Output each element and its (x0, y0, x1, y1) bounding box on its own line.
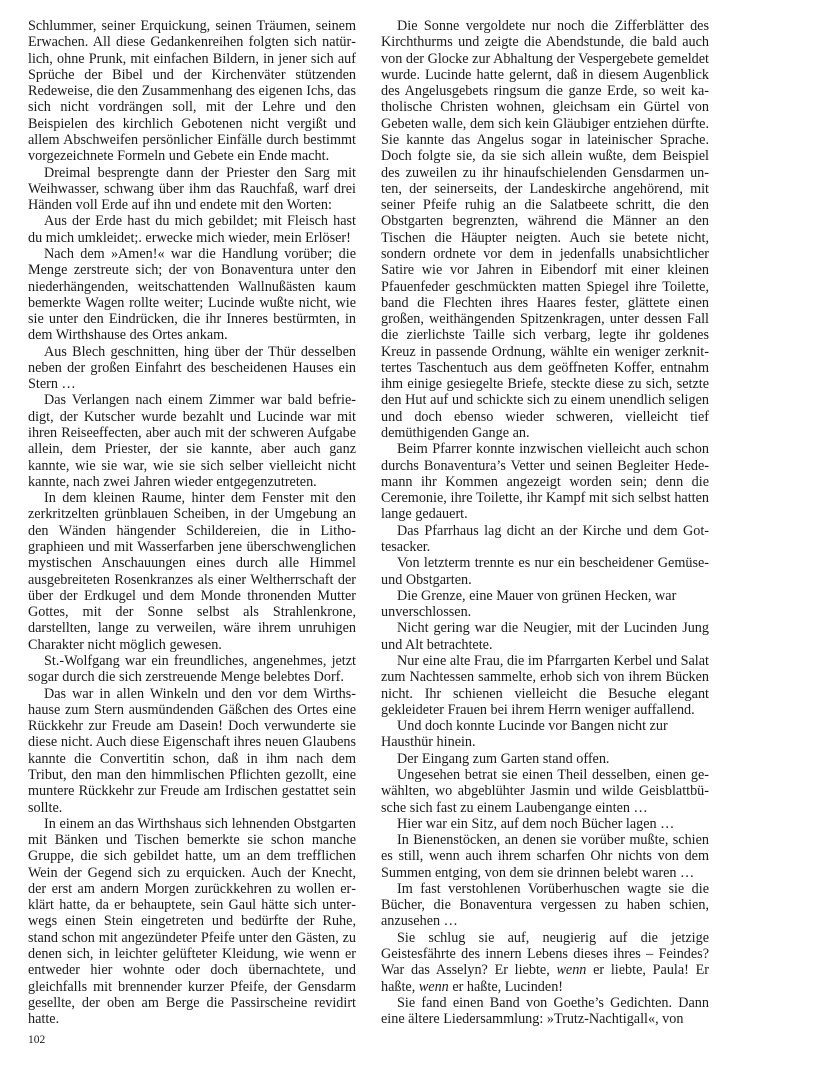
paragraph: Sie fand einen Band von Goethe’s Gedicht… (381, 995, 709, 1028)
paragraph: Das Pfarrhaus lag dicht an der Kirche un… (381, 523, 709, 556)
paragraph: Ungesehen betrat sie einen Theil desselb… (381, 767, 709, 816)
paragraph: Nicht gering war die Neugier, mit der Lu… (381, 620, 709, 653)
paragraph: Das war in allen Winkeln und den vor dem… (28, 686, 356, 816)
text-run: er haßte, Lucinden! (449, 979, 563, 995)
paragraph: Nur eine alte Frau, die im Pfarrgarten K… (381, 653, 709, 718)
paragraph: Der Eingang zum Garten stand offen. (381, 751, 709, 767)
paragraph: In Bienenstöcken, an denen sie vorüber m… (381, 832, 709, 881)
paragraph: Dreimal besprengte dann der Priester den… (28, 165, 356, 214)
paragraph-with-emphasis: Sie schlug sie auf, neugierig auf die je… (381, 930, 709, 995)
paragraph: Aus der Erde hast du mich gebildet; mit … (28, 213, 356, 246)
paragraph: Schlummer, seiner Erquickung, seinen Trä… (28, 18, 356, 165)
paragraph: Nach dem »Amen!« war die Handlung vorübe… (28, 246, 356, 344)
paragraph: Das Verlangen nach einem Zimmer war bald… (28, 392, 356, 490)
paragraph: Hier war ein Sitz, auf dem noch Bücher l… (381, 816, 709, 832)
book-page: Schlummer, seiner Erquickung, seinen Trä… (0, 0, 819, 1065)
paragraph: Aus Blech geschnitten, hing über der Thü… (28, 344, 356, 393)
left-column: Schlummer, seiner Erquickung, seinen Trä… (28, 18, 356, 1027)
emphasis-wenn: wenn (419, 979, 449, 995)
paragraph: St.-Wolfgang war ein freundliches, angen… (28, 653, 356, 686)
right-column: Die Sonne vergoldete nur noch die Ziffer… (381, 18, 709, 1027)
emphasis-wenn: wenn (556, 962, 586, 978)
paragraph: Von letzterm trennte es nur ein bescheid… (381, 555, 709, 588)
paragraph: Beim Pfarrer konnte inzwischen vielleich… (381, 441, 709, 522)
paragraph: Die Sonne vergoldete nur noch die Ziffer… (381, 18, 709, 441)
paragraph: In einem an das Wirthshaus sich lehnende… (28, 816, 356, 1028)
paragraph: Die Grenze, eine Mauer von grünen Hecken… (381, 588, 709, 621)
paragraph: In dem kleinen Raume, hinter dem Fenster… (28, 490, 356, 653)
paragraph: Und doch konnte Lucinde vor Bangen nicht… (381, 718, 709, 751)
page-number: 102 (28, 1034, 45, 1046)
paragraph: Im fast verstohlenen Vorüberhuschen wagt… (381, 881, 709, 930)
